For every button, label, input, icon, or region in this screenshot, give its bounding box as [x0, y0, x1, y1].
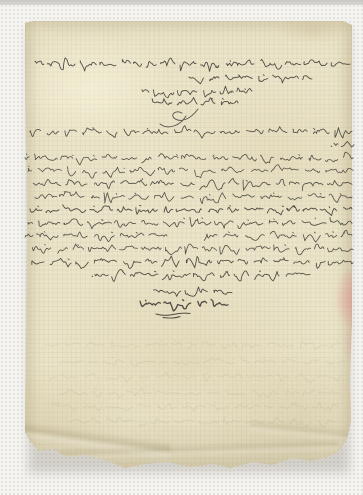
closing-handwriting: [140, 287, 232, 311]
header-handwriting: [35, 58, 350, 105]
body-handwriting-line: [28, 165, 353, 178]
handwriting-layer: [0, 0, 363, 495]
ghost-handwriting-line: [50, 372, 342, 383]
ghost-handwriting-line: [60, 357, 345, 366]
closing-handwriting-line: [140, 299, 228, 311]
body-handwriting: [25, 126, 354, 282]
body-handwriting-line: [32, 256, 353, 269]
flourish-mark: [160, 109, 198, 127]
signature-flourish: [156, 109, 198, 318]
header-handwriting-line: [152, 98, 238, 106]
ghost-handwriting-line: [52, 402, 338, 411]
body-handwriting-line: [25, 230, 352, 242]
body-handwriting-line: [28, 217, 352, 228]
body-handwriting-line: [30, 126, 352, 139]
body-handwriting-line: [25, 152, 353, 165]
ghost-handwriting-line: [45, 341, 340, 351]
body-handwriting-line: [30, 205, 352, 216]
header-handwriting-line: [189, 75, 312, 84]
body-handwriting-line: [331, 142, 354, 147]
ghost-showthrough-writing: [45, 341, 345, 427]
ghost-handwriting-line: [70, 417, 335, 427]
header-handwriting-line: [35, 58, 350, 72]
header-handwriting-line: [142, 86, 252, 98]
closing-handwriting-line: [154, 287, 233, 297]
body-handwriting-line: [35, 192, 352, 204]
ghost-handwriting-line: [60, 388, 340, 398]
signature-underline: [156, 313, 190, 318]
body-handwriting-line: [32, 244, 353, 255]
scanned-letter-page: [0, 0, 363, 495]
body-handwriting-line: [33, 178, 352, 190]
body-handwriting-line: [92, 269, 310, 281]
